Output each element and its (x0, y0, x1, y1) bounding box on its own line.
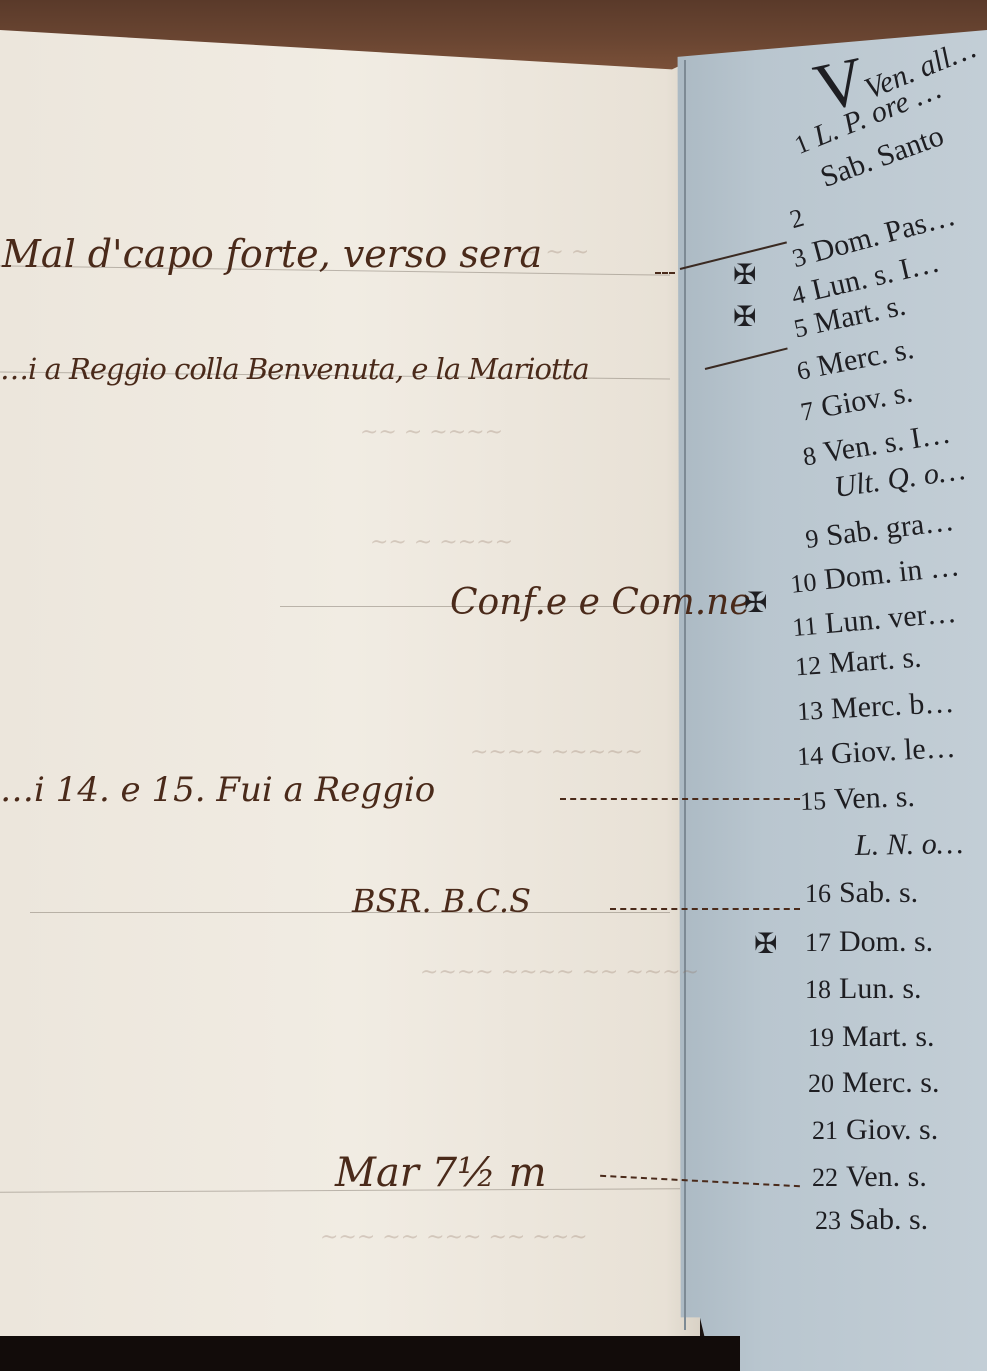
calendar-row: 15Ven. s. (799, 780, 915, 818)
calendar-row: 20Merc. s. (808, 1066, 939, 1100)
calendar-row: 9Sab. gra… (803, 504, 955, 556)
cross-marker-icon: ✠ (754, 927, 777, 960)
calendar-row: 13Merc. b… (796, 686, 955, 728)
cross-marker-icon: ✠ (744, 586, 767, 619)
calendar-row: 18Lun. s. (805, 972, 922, 1006)
calendar-row: 10Dom. in … (789, 549, 961, 601)
cross-marker-icon: ✠ (733, 258, 756, 291)
calendar-row: 19Mart. s. (808, 1020, 935, 1054)
calendar-row: 16Sab. s. (805, 876, 918, 910)
calendar-row: 14Giov. le… (796, 731, 956, 773)
calendar-row: 2 (786, 198, 816, 236)
calendar-row: 23Sab. s. (815, 1203, 928, 1237)
calendar-row: 12Mart. s. (794, 641, 923, 684)
almanac-calendar: V Ven. all… 1L. P. ore … Sab. Santo 2 3D… (0, 0, 987, 1371)
calendar-row: 17Dom. s. (805, 925, 933, 959)
cross-marker-icon: ✠ (733, 300, 756, 333)
calendar-row: 22Ven. s. (812, 1160, 927, 1194)
calendar-row: L. N. o… (855, 827, 964, 863)
calendar-row: 11Lun. ver… (791, 596, 958, 644)
calendar-row: 21Giov. s. (812, 1113, 938, 1147)
